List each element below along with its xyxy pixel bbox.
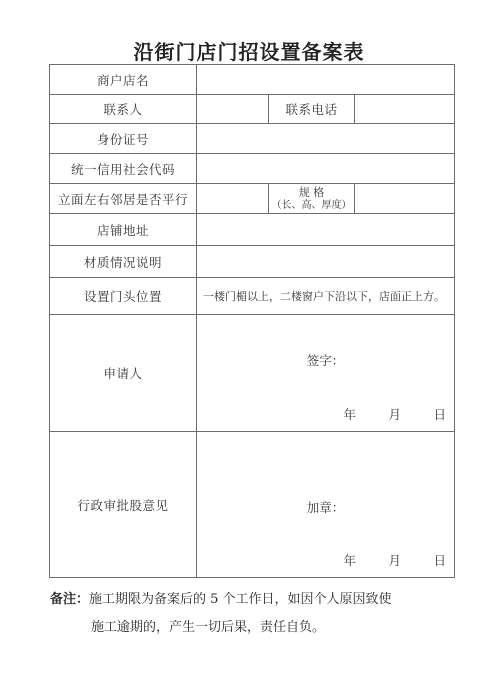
shop-name-field[interactable] <box>197 65 455 95</box>
sign-position-label: 设置门头位置 <box>50 278 197 315</box>
id-number-field[interactable] <box>197 124 455 154</box>
stamp-label: 加章： <box>197 498 454 516</box>
row-shop-name: 商户店名 <box>50 65 455 95</box>
row-credit-code: 统一信用社会代码 <box>50 154 455 184</box>
approval-date-day: 日 <box>401 551 446 569</box>
row-applicant: 申请人 签字： 年 月 日 <box>50 315 455 432</box>
form-title: 沿街门店门招设置备案表 <box>0 36 498 65</box>
spec-field[interactable] <box>355 184 455 214</box>
sign-position-value[interactable]: 一楼门楣以上，二楼窗户下沿以下，店面正上方。 <box>197 278 455 315</box>
row-material: 材质情况说明 <box>50 246 455 278</box>
row-sign-position: 设置门头位置 一楼门楣以上，二楼窗户下沿以下，店面正上方。 <box>50 278 455 315</box>
facade-parallel-field[interactable] <box>197 184 269 214</box>
spec-label: 规 格 （长、高、厚度） <box>269 184 355 214</box>
contact-phone-label: 联系电话 <box>269 95 355 124</box>
remarks-line-1: 备注：施工期限为备案后的 5 个工作日，如因个人原因致使 <box>50 586 392 614</box>
credit-code-field[interactable] <box>197 154 455 184</box>
applicant-date-year: 年 <box>311 405 356 423</box>
contact-person-label: 联系人 <box>50 95 197 124</box>
approval-stamp-area[interactable]: 加章： 年 月 日 <box>197 432 455 578</box>
remarks-label: 备注： <box>50 592 89 607</box>
id-number-label: 身份证号 <box>50 124 197 154</box>
applicant-date-month: 月 <box>356 405 401 423</box>
approval-date-year: 年 <box>311 551 356 569</box>
row-approval: 行政审批股意见 加章： 年 月 日 <box>50 432 455 578</box>
signature-label: 签字： <box>197 351 454 369</box>
material-label: 材质情况说明 <box>50 246 197 278</box>
approval-opinion-label: 行政审批股意见 <box>50 432 197 578</box>
row-facade: 立面左右邻居是否平行 规 格 （长、高、厚度） <box>50 184 455 214</box>
remarks-text-1: 施工期限为备案后的 5 个工作日，如因个人原因致使 <box>89 592 392 607</box>
shop-name-label: 商户店名 <box>50 65 197 95</box>
approval-date-month: 月 <box>356 551 401 569</box>
spec-label-main: 规 格 <box>299 186 325 199</box>
row-contact: 联系人 联系电话 <box>50 95 455 124</box>
remarks: 备注：施工期限为备案后的 5 个工作日，如因个人原因致使 施工逾期的，产生一切后… <box>50 586 392 642</box>
applicant-date-day: 日 <box>401 405 446 423</box>
applicant-label: 申请人 <box>50 315 197 432</box>
approval-date: 年 月 日 <box>311 551 446 569</box>
material-field[interactable] <box>197 246 455 278</box>
contact-person-field[interactable] <box>197 95 269 124</box>
remarks-line-2: 施工逾期的，产生一切后果，责任自负。 <box>50 614 392 642</box>
credit-code-label: 统一信用社会代码 <box>50 154 197 184</box>
spec-label-sub: （长、高、厚度） <box>269 199 354 212</box>
applicant-date: 年 月 日 <box>311 405 446 423</box>
row-address: 店铺地址 <box>50 214 455 246</box>
registration-form-table: 商户店名 联系人 联系电话 身份证号 统一信用社会代码 立面左右邻居是否平行 规… <box>49 64 455 578</box>
facade-parallel-label: 立面左右邻居是否平行 <box>50 184 197 214</box>
shop-address-field[interactable] <box>197 214 455 246</box>
applicant-signature-area[interactable]: 签字： 年 月 日 <box>197 315 455 432</box>
contact-phone-field[interactable] <box>355 95 455 124</box>
row-id-number: 身份证号 <box>50 124 455 154</box>
shop-address-label: 店铺地址 <box>50 214 197 246</box>
